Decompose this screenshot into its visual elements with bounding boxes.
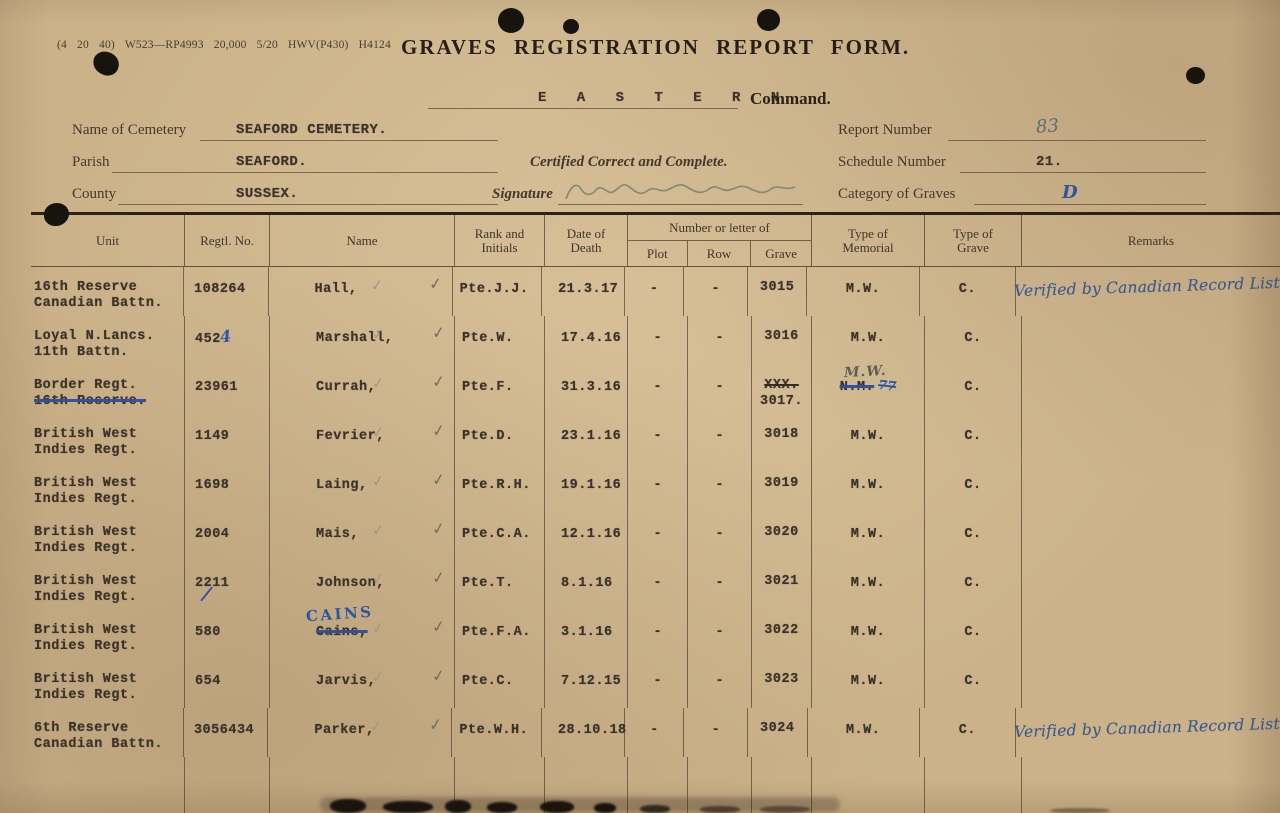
cemetery-value: SEAFORD CEMETERY.: [236, 122, 387, 138]
plot-value: -: [653, 331, 661, 346]
unit-line2: Canadian Battn.: [34, 737, 183, 753]
name-cell: CAINS Cains, ✓ ✓: [270, 610, 455, 659]
report-number-value: 83: [1035, 115, 1059, 138]
name-cell: Mais, ✓ ✓: [270, 512, 455, 561]
graves-table: Unit Regtl. No. Name Rank and Initials D…: [31, 212, 1280, 813]
unit-line1: British West: [34, 525, 184, 541]
remark-handwritten: Verified by Canadian Record List: [1014, 276, 1280, 300]
category-underline: [974, 204, 1206, 205]
command-underline: [428, 108, 738, 109]
unit-line2: Canadian Battn.: [34, 296, 183, 312]
row-value: -: [715, 380, 723, 395]
date-of-death: 28.10.18: [558, 723, 627, 738]
punch-hole: [757, 9, 780, 31]
page-bottom-smudge: [760, 806, 810, 813]
grave-type: C.: [959, 723, 976, 738]
date-of-death: 12.1.16: [561, 527, 621, 542]
rank-cell: Pte.F.A.: [455, 610, 545, 659]
remarks-cell: [1022, 463, 1280, 512]
grave-number: 3023: [752, 672, 811, 688]
rank-initials: Pte.F.A.: [462, 625, 531, 640]
unit-line1: 16th Reserve: [34, 280, 183, 296]
county-label: County: [72, 186, 116, 203]
grave-type-cell: C.: [925, 561, 1022, 610]
regtl-no: 654: [195, 674, 221, 689]
date-of-death: 8.1.16: [561, 576, 613, 591]
grave-number: 3017.: [752, 394, 811, 410]
regtl-no-cell: 580: [185, 610, 270, 659]
memorial-type: M.W.: [846, 282, 880, 297]
date-of-death-cell: 8.1.16: [545, 561, 628, 610]
grave-number: 3024: [748, 721, 807, 737]
regtl-no-cell: 2211 /: [185, 561, 270, 610]
signature-underline: [558, 204, 803, 205]
rank-initials: Pte.W.H.: [459, 723, 528, 738]
plot-cell: -: [628, 316, 688, 365]
surname: Jarvis,: [316, 674, 376, 689]
page-title: GRAVES REGISTRATION REPORT FORM.: [401, 35, 910, 60]
rank-cell: Pte.R.H.: [455, 463, 545, 512]
print-code: (4 20 40) W523—RP4993 20,000 5/20 HWV(P4…: [57, 39, 391, 51]
unit-cell: 16th Reserve Canadian Battn.: [31, 267, 184, 316]
grave-type-cell: C.: [925, 365, 1022, 414]
header-plot: Plot: [628, 241, 688, 266]
remark-handwritten: Verified by Canadian Record List: [1014, 717, 1280, 741]
grave-cell: 3018: [752, 414, 812, 463]
table-row: British West Indies Regt. 1149 Fevrier, …: [31, 414, 1280, 463]
table-row: 6th Reserve Canadian Battn. 3056434 Park…: [31, 708, 1280, 757]
regtl-no: 3056434: [194, 723, 254, 738]
grave-number: 3015: [748, 280, 807, 296]
punch-hole: [563, 19, 579, 34]
remarks-cell: Verified by Canadian Record List: [1016, 267, 1280, 316]
table-header-row: Unit Regtl. No. Name Rank and Initials D…: [31, 215, 1280, 267]
pencil-check-icon: ✓: [431, 520, 446, 537]
date-of-death: 7.12.15: [561, 674, 621, 689]
regtl-no-cell: 108264: [184, 267, 269, 316]
page-bottom-smudge: [487, 802, 517, 813]
memorial-cell: M.W.: [812, 463, 925, 512]
row-value: -: [715, 625, 723, 640]
remarks-cell: [1022, 659, 1280, 708]
rank-initials: Pte.D.: [462, 429, 514, 444]
unit-line1: Border Regt.: [34, 378, 184, 394]
unit-cell: British West Indies Regt.: [31, 414, 185, 463]
unit-line2: Indies Regt.: [34, 688, 184, 704]
plot-cell: -: [628, 561, 688, 610]
rank-initials: Pte.C.: [462, 674, 514, 689]
grave-type: C.: [964, 674, 981, 689]
page-bottom-smudge: [1050, 808, 1110, 813]
plot-value: -: [653, 625, 661, 640]
grave-number: 3019: [752, 476, 811, 492]
regtl-no: 452: [195, 332, 221, 347]
pencil-check-icon: ✓: [371, 375, 386, 392]
table-row: British West Indies Regt. 580 CAINS Cain…: [31, 610, 1280, 659]
date-of-death-cell: 3.1.16: [545, 610, 628, 659]
date-of-death-cell: 7.12.15: [545, 659, 628, 708]
rank-cell: Pte.W.: [455, 316, 545, 365]
pencil-check-icon: ✓: [431, 324, 446, 341]
rank-initials: Pte.J.J.: [460, 282, 529, 297]
unit-cell: Border Regt. 16th Reserve.: [31, 365, 185, 414]
date-of-death: 3.1.16: [561, 625, 613, 640]
pencil-check-icon: ✓: [371, 424, 386, 441]
plot-cell: -: [628, 512, 688, 561]
table-row: Loyal N.Lancs. 11th Battn. 4524 Marshall…: [31, 316, 1280, 365]
remarks-cell: [1022, 316, 1280, 365]
ink-blob: [90, 49, 122, 79]
grave-type-cell: C.: [925, 414, 1022, 463]
unit-line2: Indies Regt.: [34, 639, 184, 655]
page-bottom-smudge: [594, 803, 616, 813]
grave-type: C.: [964, 625, 981, 640]
row-value: -: [715, 429, 723, 444]
table-row: British West Indies Regt. 2211 / Johnson…: [31, 561, 1280, 610]
regtl-slash-mark: /: [201, 586, 211, 603]
table-row: Border Regt. 16th Reserve. 23961 Currah,…: [31, 365, 1280, 414]
regtl-no: 1149: [195, 429, 229, 444]
regtl-no-cell: 654: [185, 659, 270, 708]
row-cell: -: [688, 365, 752, 414]
regtl-no-cell: 2004: [185, 512, 270, 561]
grave-type-cell: C.: [925, 316, 1022, 365]
plot-value: -: [653, 478, 661, 493]
remarks-cell: [1022, 610, 1280, 659]
unit-line2: Indies Regt.: [34, 492, 184, 508]
row-cell: -: [688, 610, 752, 659]
schedule-number-underline: [960, 172, 1206, 173]
name-cell: Fevrier, ✓ ✓: [270, 414, 455, 463]
grave-type: C.: [964, 478, 981, 493]
grave-type-cell: C.: [925, 659, 1022, 708]
row-value: -: [715, 576, 723, 591]
rank-cell: Pte.C.: [455, 659, 545, 708]
unit-line1: British West: [34, 574, 184, 590]
plot-value: -: [653, 674, 661, 689]
grave-number: 3022: [752, 623, 811, 639]
table-row: British West Indies Regt. 2004 Mais, ✓ ✓…: [31, 512, 1280, 561]
header-rank-initials: Rank and Initials: [455, 215, 545, 266]
name-cell: Jarvis, ✓ ✓: [270, 659, 455, 708]
date-of-death-cell: 21.3.17: [542, 267, 625, 316]
table-row: British West Indies Regt. 1698 Laing, ✓ …: [31, 463, 1280, 512]
remarks-cell: [1022, 365, 1280, 414]
memorial-type: M.W.: [851, 527, 885, 542]
row-cell: -: [688, 512, 752, 561]
memorial-cell: M.W.: [812, 659, 925, 708]
regtl-no-cell: 1149: [185, 414, 270, 463]
grave-cell: 3023: [752, 659, 812, 708]
row-value: -: [715, 674, 723, 689]
grave-cell: 3021: [752, 561, 812, 610]
date-of-death: 31.3.16: [561, 380, 621, 395]
header-date-of-death: Date of Death: [545, 215, 628, 266]
parish-label: Parish: [72, 154, 110, 171]
date-of-death: 21.3.17: [558, 282, 618, 297]
pencil-check-icon: ✓: [371, 571, 386, 588]
grave-type: C.: [964, 527, 981, 542]
unit-line1: 6th Reserve: [34, 721, 183, 737]
date-of-death: 19.1.16: [561, 478, 621, 493]
grave-number: 3016: [752, 329, 811, 345]
page-bottom-smudge: [700, 806, 740, 813]
regtl-no-cell: 4524: [185, 316, 270, 365]
parish-value: SEAFORD.: [236, 154, 307, 170]
memorial-type: M.W.: [851, 674, 885, 689]
grave-type: C.: [964, 576, 981, 591]
grave-type-cell: C.: [925, 512, 1022, 561]
rank-initials: Pte.W.: [462, 331, 514, 346]
punch-hole: [498, 8, 524, 33]
header-regtl-no: Regtl. No.: [185, 215, 270, 266]
unit-line2: Indies Regt.: [34, 590, 184, 606]
row-cell: -: [688, 414, 752, 463]
page-bottom-smudge: [445, 800, 471, 813]
rank-cell: Pte.W.H.: [452, 708, 541, 757]
grave-type-cell: C.: [920, 267, 1016, 316]
pencil-check-icon: ✓: [371, 326, 386, 343]
grave-cell: 3015: [748, 267, 808, 316]
plot-value: -: [650, 282, 658, 297]
rank-initials: Pte.R.H.: [462, 478, 531, 493]
name-cell: Currah, ✓ ✓: [270, 365, 455, 414]
page-bottom-smudge: [640, 805, 670, 813]
county-underline: [118, 204, 498, 205]
signature-label: Signature: [492, 186, 553, 203]
pencil-check-icon: ✓: [371, 473, 386, 490]
surname: Hall,: [315, 282, 358, 297]
plot-cell: -: [625, 708, 685, 757]
pencil-check-icon: ✓: [431, 569, 446, 586]
unit-cell: British West Indies Regt.: [31, 512, 185, 561]
header-type-of-grave: Type of Grave: [925, 215, 1022, 266]
unit-cell: Loyal N.Lancs. 11th Battn.: [31, 316, 185, 365]
name-handwritten: CAINS: [306, 605, 375, 625]
regtl-no-handwritten: 4: [219, 328, 232, 345]
rank-cell: Pte.C.A.: [455, 512, 545, 561]
rank-cell: Pte.F.: [455, 365, 545, 414]
grave-type-cell: C.: [920, 708, 1016, 757]
memorial-cell: M.W.: [812, 610, 925, 659]
pencil-check-icon: ✓: [431, 667, 446, 684]
memorial-type: M.W.: [846, 723, 880, 738]
surname: Mais,: [316, 527, 359, 542]
surname: Currah,: [316, 380, 376, 395]
memorial-type: M.W.: [851, 429, 885, 444]
grave-cell: 3022: [752, 610, 812, 659]
plot-cell: -: [628, 463, 688, 512]
cemetery-underline: [200, 140, 498, 141]
pencil-check-icon: ✓: [431, 471, 446, 488]
pencil-check-icon: ✓: [370, 277, 385, 294]
remarks-cell: [1022, 561, 1280, 610]
regtl-no: 108264: [194, 282, 246, 297]
schedule-number-label: Schedule Number: [838, 154, 946, 171]
row-cell: -: [688, 659, 752, 708]
grave-cell: 3016: [752, 316, 812, 365]
date-of-death-cell: 19.1.16: [545, 463, 628, 512]
grave-struck-value: XXX.: [752, 378, 811, 394]
report-number-underline: [948, 140, 1206, 141]
grave-type: C.: [964, 380, 981, 395]
memorial-scribble: 77: [877, 378, 897, 395]
unit-cell: British West Indies Regt.: [31, 463, 185, 512]
header-grave: Grave: [751, 241, 811, 266]
regtl-no: 23961: [195, 380, 238, 395]
plot-value: -: [653, 576, 661, 591]
category-value: D: [1062, 182, 1078, 203]
signature-scrawl: [562, 178, 800, 204]
date-of-death-cell: 31.3.16: [545, 365, 628, 414]
memorial-cell: M.W.: [812, 414, 925, 463]
name-cell: Hall, ✓ ✓: [269, 267, 453, 316]
unit-cell: British West Indies Regt.: [31, 561, 185, 610]
rank-initials: Pte.F.: [462, 380, 514, 395]
unit-line2: Indies Regt.: [34, 541, 184, 557]
pencil-check-icon: ✓: [431, 422, 446, 439]
memorial-type: M.W.: [851, 625, 885, 640]
memorial-cell: M.W.: [812, 316, 925, 365]
surname: Laing,: [316, 478, 368, 493]
plot-cell: -: [628, 414, 688, 463]
header-row: Row: [688, 241, 752, 266]
pencil-check-icon: ✓: [371, 620, 386, 637]
pencil-check-icon: ✓: [369, 718, 384, 735]
plot-value: -: [653, 527, 661, 542]
regtl-no: 1698: [195, 478, 229, 493]
table-row: 16th Reserve Canadian Battn. 108264 Hall…: [31, 267, 1280, 316]
unit-line1: British West: [34, 623, 184, 639]
pencil-check-icon: ✓: [371, 522, 386, 539]
scanned-form-page: (4 20 40) W523—RP4993 20,000 5/20 HWV(P4…: [0, 0, 1280, 813]
remarks-cell: [1022, 414, 1280, 463]
name-cell: Parker, ✓ ✓: [268, 708, 452, 757]
row-value: -: [712, 723, 720, 738]
unit-line2: 11th Battn.: [34, 345, 184, 361]
grave-type: C.: [964, 429, 981, 444]
header-number-or-letter: Number or letter of: [628, 215, 811, 241]
memorial-cell: M.W.: [808, 708, 920, 757]
grave-cell: 3019: [752, 463, 812, 512]
memorial-type: N.M.: [840, 380, 874, 395]
remarks-cell: [1022, 512, 1280, 561]
memorial-cell: M.W.: [812, 512, 925, 561]
date-of-death-cell: 28.10.18: [542, 708, 625, 757]
report-number-label: Report Number: [838, 122, 932, 139]
rank-initials: Pte.C.A.: [462, 527, 531, 542]
date-of-death-cell: 23.1.16: [545, 414, 628, 463]
pencil-check-icon: ✓: [431, 373, 446, 390]
pencil-check-icon: ✓: [428, 275, 443, 292]
regtl-no-cell: 1698: [185, 463, 270, 512]
surname: Cains,: [316, 625, 368, 640]
memorial-cell: M.W.: [812, 561, 925, 610]
plot-cell: -: [628, 610, 688, 659]
date-of-death: 17.4.16: [561, 331, 621, 346]
page-bottom-smudge: [540, 801, 574, 813]
name-cell: Marshall, ✓ ✓: [270, 316, 455, 365]
memorial-cell: M.W. N.M.77: [812, 365, 925, 414]
rank-cell: Pte.D.: [455, 414, 545, 463]
cemetery-label: Name of Cemetery: [72, 122, 186, 139]
plot-cell: -: [628, 365, 688, 414]
pencil-check-icon: ✓: [428, 716, 443, 733]
header-name: Name: [270, 215, 455, 266]
header-remarks: Remarks: [1022, 215, 1280, 266]
grave-cell: XXX. 3017.: [752, 365, 812, 414]
memorial-type: M.W.: [851, 478, 885, 493]
date-of-death-cell: 12.1.16: [545, 512, 628, 561]
memorial-type: M.W.: [851, 331, 885, 346]
header-number-or-letter-group: Number or letter of Plot Row Grave: [628, 215, 812, 266]
punch-hole: [1186, 67, 1205, 84]
table-body: 16th Reserve Canadian Battn. 108264 Hall…: [31, 267, 1280, 757]
plot-value: -: [653, 429, 661, 444]
county-value: SUSSEX.: [236, 186, 298, 202]
row-cell: -: [684, 708, 748, 757]
unit-line1: British West: [34, 476, 184, 492]
plot-value: -: [650, 723, 658, 738]
name-cell: Laing, ✓ ✓: [270, 463, 455, 512]
rank-cell: Pte.T.: [455, 561, 545, 610]
unit-cell: British West Indies Regt.: [31, 659, 185, 708]
row-value: -: [711, 282, 719, 297]
unit-cell: 6th Reserve Canadian Battn.: [31, 708, 184, 757]
schedule-number-value: 21.: [1036, 154, 1063, 170]
unit-line1: British West: [34, 672, 184, 688]
pencil-check-icon: ✓: [371, 669, 386, 686]
page-bottom-smudge: [383, 801, 433, 813]
plot-cell: -: [625, 267, 685, 316]
unit-line2: 16th Reserve.: [34, 394, 184, 410]
category-label: Category of Graves: [838, 186, 955, 203]
row-cell: -: [688, 561, 752, 610]
header-type-of-memorial: Type of Memorial: [812, 215, 925, 266]
row-value: -: [715, 478, 723, 493]
unit-line1: British West: [34, 427, 184, 443]
regtl-no: 580: [195, 625, 221, 640]
parish-underline: [112, 172, 498, 173]
command-label: Command.: [750, 89, 831, 109]
grave-number: 3018: [752, 427, 811, 443]
grave-type-cell: C.: [925, 463, 1022, 512]
row-cell: -: [688, 316, 752, 365]
row-cell: -: [688, 463, 752, 512]
row-cell: -: [684, 267, 748, 316]
grave-number: 3021: [752, 574, 811, 590]
plot-cell: -: [628, 659, 688, 708]
unit-line1: Loyal N.Lancs.: [34, 329, 184, 345]
remarks-cell: Verified by Canadian Record List: [1016, 708, 1280, 757]
rank-cell: Pte.J.J.: [453, 267, 542, 316]
unit-line2: Indies Regt.: [34, 443, 184, 459]
rank-initials: Pte.T.: [462, 576, 514, 591]
unit-cell: British West Indies Regt.: [31, 610, 185, 659]
grave-cell: 3024: [748, 708, 808, 757]
regtl-no-cell: 23961: [185, 365, 270, 414]
certified-text: Certified Correct and Complete.: [530, 154, 727, 171]
grave-type: C.: [964, 331, 981, 346]
row-value: -: [715, 331, 723, 346]
regtl-no: 2004: [195, 527, 229, 542]
date-of-death-cell: 17.4.16: [545, 316, 628, 365]
grave-type-cell: C.: [925, 610, 1022, 659]
plot-value: -: [653, 380, 661, 395]
row-value: -: [715, 527, 723, 542]
surname: Parker,: [314, 723, 374, 738]
page-bottom-smudge: [330, 799, 366, 813]
